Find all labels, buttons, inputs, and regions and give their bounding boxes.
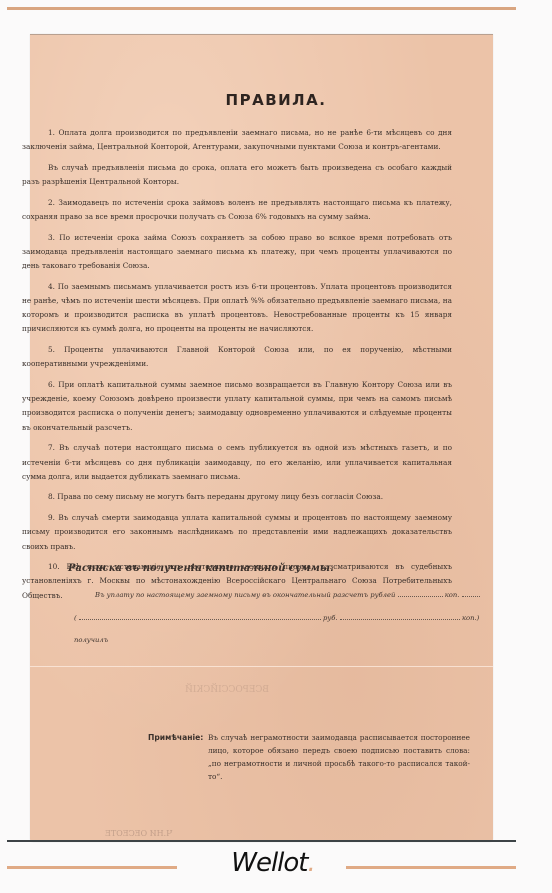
top-accent-rule — [7, 7, 516, 10]
rule-2: 2. Заимодавецъ по истеченіи срока займов… — [22, 196, 452, 224]
document-title: ПРАВИЛА. — [0, 91, 552, 109]
brand-logo: Wellot. — [208, 848, 338, 878]
note-text: Въ случаѣ неграмотности заимодавца распи… — [208, 731, 470, 783]
rule-5: 5. Проценты уплачиваются Главной Конторо… — [22, 343, 452, 371]
reverse-stamp: Ч.НИ ОЕСЕОТЕ — [105, 829, 172, 838]
receipt-line-1: Въ уплату по настоящему заемному письму … — [95, 591, 480, 599]
note-block: Примѣчаніе: Въ случаѣ неграмотности заим… — [148, 731, 473, 744]
bottom-divider — [7, 840, 516, 842]
rule-1-continuation: Въ случаѣ предъявленія письма до срока, … — [22, 161, 452, 189]
rule-3: 3. По истеченіи срока займа Союзъ сохран… — [22, 231, 452, 274]
rule-9: 9. Въ случаѣ смерти заимодавца уплата ка… — [22, 511, 452, 554]
rubles-field[interactable] — [398, 596, 443, 597]
note-label: Примѣчаніе: — [148, 733, 203, 742]
rule-4: 4. По заемнымъ письмамъ уплачивается рос… — [22, 280, 452, 337]
rule-7: 7. Въ случаѣ потери настоящаго письма о … — [22, 441, 452, 484]
rule-8: 8. Права по сему письму не могутъ быть п… — [22, 490, 452, 504]
receipt-line-1-text: Въ уплату по настоящему заемному письму … — [95, 591, 395, 599]
reverse-watermark: ВСЕРОССІЙСКІЙ — [185, 685, 269, 695]
brand-name: Wellot — [231, 848, 307, 878]
brand-line-left — [7, 866, 177, 869]
paren-open: ( — [74, 614, 77, 622]
brand-line-right — [346, 866, 516, 869]
rub-label: руб. — [323, 614, 338, 622]
rule-1: 1. Оплата долга производится по предъявл… — [22, 126, 452, 154]
brand-dot: . — [308, 848, 315, 878]
receipt-line-2: ( руб. коп.) — [74, 614, 479, 622]
kop-label: коп. — [445, 591, 460, 599]
kop-field[interactable] — [462, 596, 480, 597]
rules-list: 1. Оплата долга производится по предъявл… — [22, 126, 452, 609]
receipt-title: Расписка въ полученіи капитальной суммы. — [68, 563, 334, 574]
rule-6: 6. При оплатѣ капитальной суммы заемное … — [22, 378, 452, 435]
fold-line — [30, 666, 493, 667]
kop-close-label: коп.) — [462, 614, 479, 622]
kop-words-field[interactable] — [340, 619, 460, 620]
received-label: получилъ — [74, 636, 108, 644]
rubles-words-field[interactable] — [79, 619, 321, 620]
